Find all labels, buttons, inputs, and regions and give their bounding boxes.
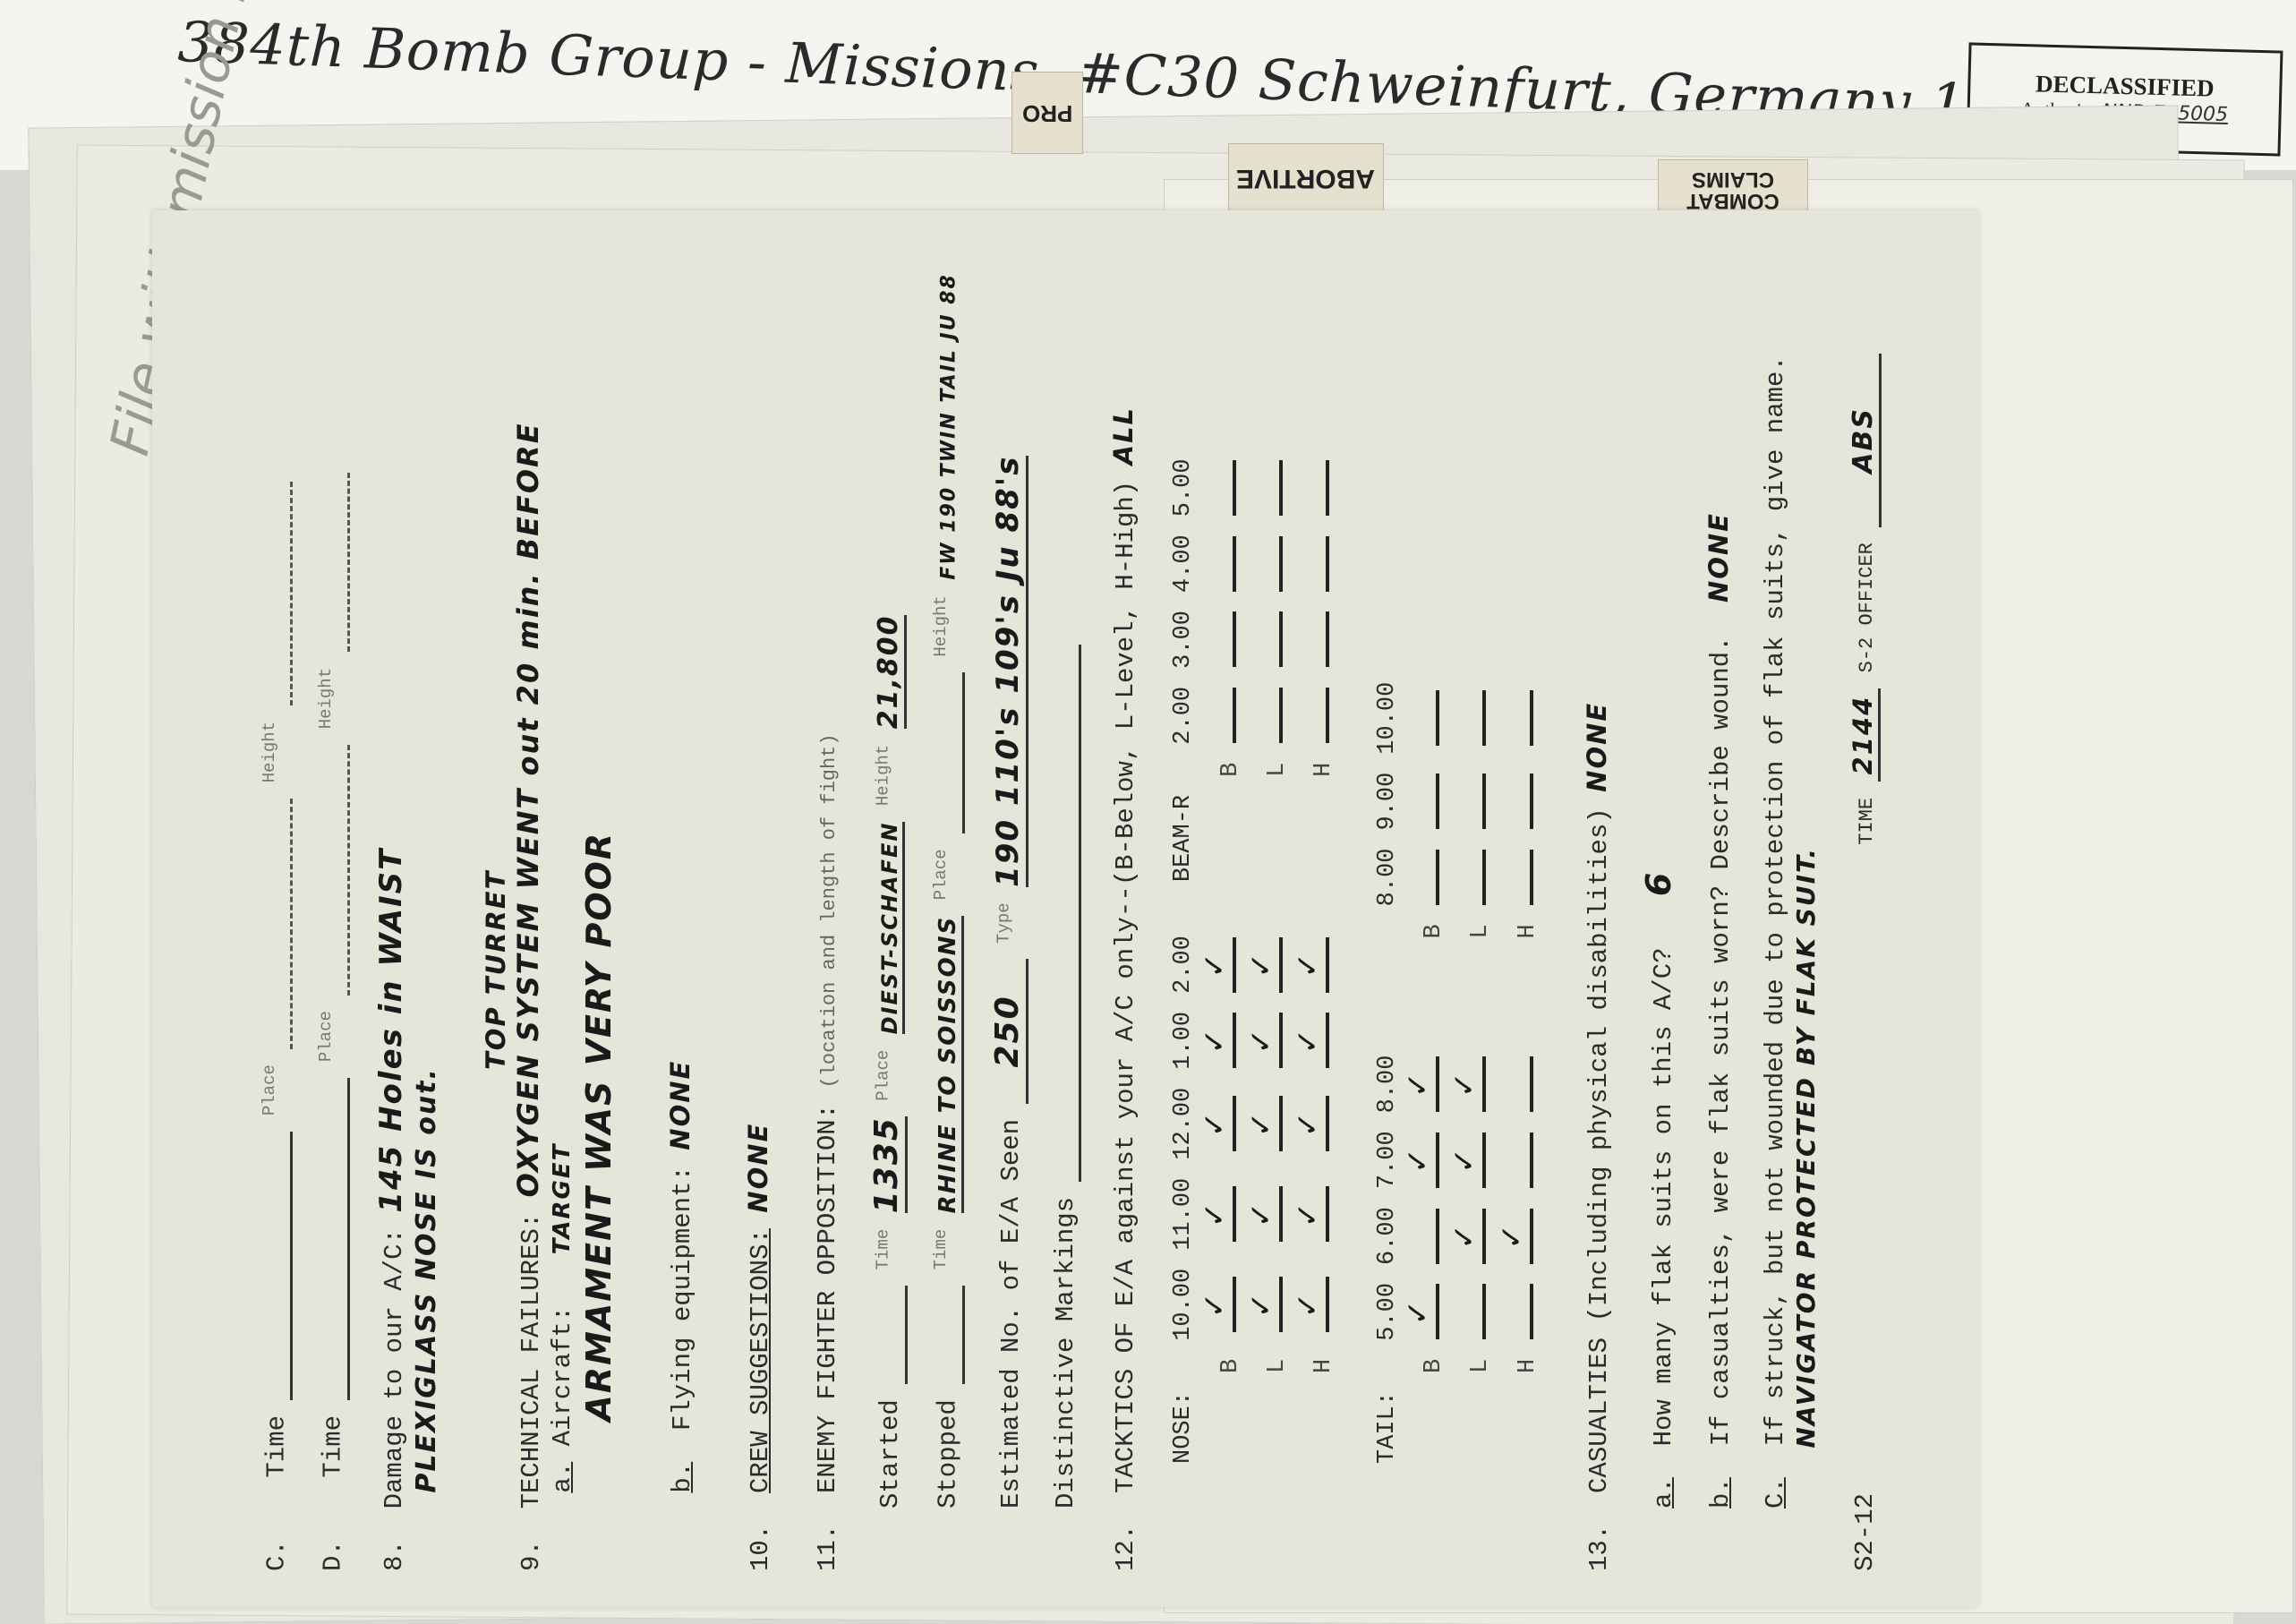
form-body: C. Time Place Height D. Time Place Heigh… — [152, 210, 1978, 1607]
nose-b-1000[interactable] — [1206, 1277, 1236, 1332]
tactics-grid-bottom: TAIL: 5.00 6.00 7.00 8.00 B L — [1370, 246, 1547, 1509]
item-d-time-field[interactable] — [320, 1078, 350, 1400]
damage-answer-line1: 145 Holes in WAIST — [373, 848, 409, 1213]
item-10: 10. CREW SUGGESTIONS: NONE — [743, 246, 777, 1571]
ea-type[interactable]: 190 110's 109's Ju 88's — [990, 456, 1029, 887]
stopped-place-field[interactable] — [935, 672, 965, 833]
tail-b-0600[interactable] — [1409, 1209, 1439, 1264]
tactics-grid-top: NOSE: 10.00 11.00 12.00 1.00 2.00 B — [1165, 246, 1343, 1509]
technical-failure-answer: OXYGEN SYSTEM WENT out 20 min. BEFORE — [511, 422, 545, 1197]
item-11-started: Started Time 1335 Place DIEST-SCHAFEN He… — [867, 246, 908, 1509]
item-13b: b. If casualties, were flak suits worn? … — [1703, 246, 1737, 1509]
nose-h-1200[interactable] — [1299, 1096, 1329, 1151]
beam-r-l-0300[interactable] — [1252, 611, 1283, 667]
tail-grid: TAIL: 5.00 6.00 7.00 8.00 B L — [1370, 1047, 1547, 1473]
markings-field[interactable] — [1052, 645, 1081, 1182]
nose-b-0100[interactable] — [1206, 1013, 1236, 1068]
beam-r-h-0400[interactable] — [1299, 536, 1329, 592]
nose-b-1100[interactable] — [1206, 1186, 1236, 1242]
item-c-row: C. Time Place Height — [260, 246, 293, 1571]
started-field[interactable] — [878, 1286, 908, 1384]
nose-l-1200[interactable] — [1252, 1096, 1283, 1151]
beam-r-b-0300[interactable] — [1206, 611, 1236, 667]
damage-answer-line2: PLEXIGLASS NOSE IS out. — [411, 1067, 442, 1493]
item-13a: a. How many flak suits on this A/C? 6 — [1639, 246, 1680, 1509]
beam-l-l-1000[interactable] — [1455, 690, 1486, 746]
item-d-place-field[interactable] — [320, 745, 350, 996]
stopped-field[interactable] — [935, 1286, 965, 1384]
item-9: TOP TURRET 9. TECHNICAL FAILURES: OXYGEN… — [481, 246, 620, 1571]
tail-l-0600[interactable] — [1455, 1209, 1486, 1264]
item-c-time-field[interactable] — [263, 1132, 293, 1400]
tail-l-0500[interactable] — [1455, 1284, 1486, 1339]
nose-l-1100[interactable] — [1252, 1186, 1283, 1242]
started-time[interactable]: 1335 — [868, 1116, 908, 1213]
item-9b: b. Flying equipment: NONE — [665, 246, 699, 1571]
form-number: S2-12 — [1850, 1493, 1882, 1571]
beam-l-h-0900[interactable] — [1503, 774, 1533, 829]
beam-r-h-0200[interactable] — [1299, 688, 1329, 743]
beam-r-b-0500[interactable] — [1206, 460, 1236, 516]
tail-h-0800[interactable] — [1503, 1056, 1533, 1112]
nose-h-1100[interactable] — [1299, 1186, 1329, 1242]
tail-h-0600[interactable] — [1503, 1209, 1533, 1264]
tail-h-0700[interactable] — [1503, 1133, 1533, 1188]
tail-h-0500[interactable] — [1503, 1284, 1533, 1339]
beam-l-l-0900[interactable] — [1455, 774, 1486, 829]
nose-l-1000[interactable] — [1252, 1277, 1283, 1332]
beam-l-grid: 8.00 9.00 10.00 B L H — [1370, 673, 1547, 948]
beam-r-l-0400[interactable] — [1252, 536, 1283, 592]
item-c-height-field[interactable] — [263, 482, 293, 705]
beam-r-h-0500[interactable] — [1299, 460, 1329, 516]
item-11: 11. ENEMY FIGHTER OPPOSITION: (location … — [813, 246, 844, 1571]
nose-l-0100[interactable] — [1252, 1013, 1283, 1068]
beam-l-h-0800[interactable] — [1503, 850, 1533, 905]
tail-b-0700[interactable] — [1409, 1133, 1439, 1188]
beam-r-h-0300[interactable] — [1299, 611, 1329, 667]
beam-l-l-0800[interactable] — [1455, 850, 1486, 905]
tail-l-0800[interactable] — [1455, 1056, 1486, 1112]
officer-signature[interactable]: ABS — [1848, 354, 1882, 527]
nose-h-0100[interactable] — [1299, 1013, 1329, 1068]
item-11-stopped: Stopped Time RHINE TO SOISSONS Place Hei… — [931, 246, 964, 1509]
beam-r-l-0500[interactable] — [1252, 460, 1283, 516]
mission-report-page: C. Time Place Height D. Time Place Heigh… — [152, 210, 1978, 1607]
tail-b-0500[interactable] — [1409, 1284, 1439, 1339]
signature-row: S2-12 TIME 2144 S-2 OFFICER ABS — [1848, 246, 1882, 1571]
started-height[interactable]: 21,800 — [873, 615, 907, 730]
started-place[interactable]: DIEST-SCHAFEN — [877, 822, 905, 1035]
beam-r-l-0200[interactable] — [1252, 688, 1283, 743]
item-13c: C. If struck, but not wounded due to pro… — [1761, 246, 1825, 1509]
tab-abortive[interactable]: ABORTIVE — [1228, 143, 1384, 212]
item-11-markings: Distinctive Markings — [1051, 246, 1082, 1509]
item-11-estimated: Estimated No. of E/A Seen 250 Type 190 1… — [988, 246, 1028, 1509]
time-field[interactable]: 2144 — [1848, 688, 1881, 782]
tab-pro[interactable]: PRO — [1011, 72, 1083, 154]
beam-l-h-1000[interactable] — [1503, 690, 1533, 746]
nose-h-1000[interactable] — [1299, 1277, 1329, 1332]
beam-l-b-0900[interactable] — [1409, 774, 1439, 829]
nose-b-1200[interactable] — [1206, 1096, 1236, 1151]
beam-r-grid: BEAM-R 2.00 3.00 4.00 5.00 B L — [1165, 449, 1343, 891]
armament-answer: ARMAMENT WAS VERY POOR — [579, 832, 619, 1422]
nose-grid: NOSE: 10.00 11.00 12.00 1.00 2.00 B — [1165, 927, 1343, 1473]
item-c-place-field[interactable] — [263, 799, 293, 1049]
item-d-height-field[interactable] — [320, 473, 350, 652]
nose-h-0200[interactable] — [1299, 937, 1329, 993]
beam-r-b-0200[interactable] — [1206, 688, 1236, 743]
beam-r-b-0400[interactable] — [1206, 536, 1236, 592]
nose-b-0200[interactable] — [1206, 937, 1236, 993]
item-8: 8. Damage to our A/C: 145 Holes in WAIST… — [373, 246, 445, 1571]
beam-l-b-0800[interactable] — [1409, 850, 1439, 905]
stopped-place[interactable]: RHINE TO SOISSONS — [935, 916, 964, 1214]
nose-l-0200[interactable] — [1252, 937, 1283, 993]
tail-b-0800[interactable] — [1409, 1056, 1439, 1112]
tail-l-0700[interactable] — [1455, 1133, 1486, 1188]
item-12: 12. TACKTICS OF E/A against your A/C onl… — [1108, 246, 1142, 1571]
estimated-count[interactable]: 250 — [989, 959, 1029, 1103]
beam-l-b-1000[interactable] — [1409, 690, 1439, 746]
item-13: 13. CASUALTIES (Including physical disab… — [1582, 246, 1616, 1571]
item-d-row: D. Time Place Height — [316, 246, 349, 1571]
